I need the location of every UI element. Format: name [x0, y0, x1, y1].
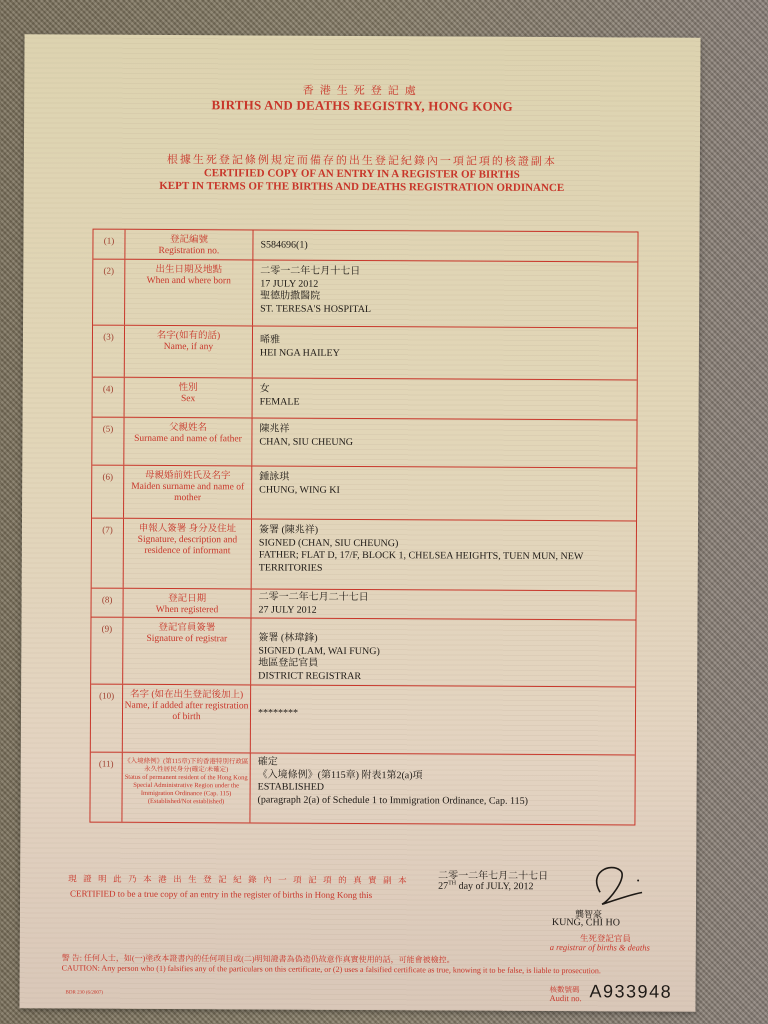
- entry-label-zh: 登記日期: [124, 594, 251, 606]
- mother-name-en: CHUNG, WING KI: [259, 484, 632, 498]
- entry-label-en: Maiden surname and name of mother: [124, 482, 251, 505]
- registrar-role-en: a registrar of births & deaths: [550, 942, 650, 953]
- entry-number: (4): [93, 378, 125, 417]
- entry-number: (6): [92, 466, 124, 518]
- entry-label-zh: 父親姓名: [124, 423, 251, 435]
- informant-address-cont: TERRITORIES: [259, 562, 632, 576]
- entry-label-zh: 申報人簽署 身分及住址: [124, 524, 251, 536]
- entry-label-zh: 登記官員簽署: [123, 623, 250, 635]
- entry-label: 性別 Sex: [125, 378, 253, 418]
- entry-value: 二零一二年七月二十七日 27 JULY 2012: [259, 589, 632, 619]
- entry-label-en: Name, if any: [125, 342, 252, 354]
- entry-row-father: (5) 父親姓名 Surname and name of father 陳兆祥 …: [92, 417, 636, 468]
- certification-date-en: 27TH day of JULY, 2012: [438, 880, 533, 892]
- entry-label: 母親婚前姓氏及名字 Maiden surname and name of mot…: [124, 466, 252, 519]
- entry-label: 出生日期及地點 When and where born: [125, 260, 253, 326]
- entry-label-zh: 出生日期及地點: [125, 265, 252, 277]
- entry-label: 父親姓名 Surname and name of father: [124, 418, 252, 466]
- signature-icon: [580, 862, 660, 907]
- entry-number: (5): [92, 418, 124, 465]
- entry-row-birth-date-place: (2) 出生日期及地點 When and where born 二零一二年七月十…: [93, 259, 637, 328]
- registry-title-en: BIRTHS AND DEATHS REGISTRY, HONG KONG: [24, 96, 700, 116]
- entry-label-en: Status of permanent resident of the Hong…: [123, 774, 250, 807]
- entry-row-added-name: (10) 名字 (如在出生登記後加上) Name, if added after…: [91, 684, 635, 755]
- father-name-en: CHAN, SIU CHEUNG: [259, 436, 632, 450]
- entry-label: 名字(如有的話) Name, if any: [125, 326, 253, 378]
- added-name: ********: [258, 707, 631, 721]
- form-number: BDR 230 (6/2007): [66, 990, 104, 995]
- birth-certificate: 香港生死登記處 BIRTHS AND DEATHS REGISTRY, HONG…: [19, 34, 700, 1012]
- registration-no: S584696(1): [260, 239, 633, 253]
- entry-row-registered-date: (8) 登記日期 When registered 二零一二年七月二十七日 27 …: [92, 588, 636, 620]
- entry-value: 確定 《入境條例》(第115章) 附表1第2(a)項 ESTABLISHED (…: [257, 753, 630, 824]
- entry-number: (1): [93, 230, 125, 259]
- certification-statement-en: CERTIFIED to be a true copy of an entry …: [70, 888, 372, 900]
- entry-row-informant: (7) 申報人簽署 身分及住址 Signature, description a…: [92, 518, 636, 591]
- entry-number: (3): [93, 326, 125, 377]
- entry-label: 名字 (如在出生登記後加上) Name, if added after regi…: [123, 685, 251, 753]
- entry-label-zh: 名字 (如在出生登記後加上): [123, 690, 250, 702]
- entry-label-en: Signature of registrar: [123, 634, 250, 646]
- birth-place-zh: 聖德肋撒醫院: [260, 290, 633, 304]
- entry-value: 陳兆祥 CHAN, SIU CHEUNG: [259, 418, 632, 467]
- entry-row-residency-status: (11) 《入境條例》(第115章)下的香港特別行政區永久性居民身分(確定/未確…: [90, 752, 634, 825]
- entry-label-en: Registration no.: [125, 246, 252, 258]
- caution-en: CAUTION: Any person who (1) falsifies an…: [62, 963, 601, 975]
- entry-value: 二零一二年七月十七日 17 JULY 2012 聖德肋撒醫院 ST. TERES…: [260, 260, 633, 327]
- entry-label-zh: 母親婚前姓氏及名字: [124, 471, 251, 483]
- audit-label-en: Audit no.: [549, 993, 581, 1003]
- entry-row-registration-no: (1) 登記編號 Registration no. S584696(1): [93, 230, 637, 262]
- entry-label-en: Surname and name of father: [124, 434, 251, 446]
- entry-value: 簽署 (林瑋鋒) SIGNED (LAM, WAI FUNG) 地區登記官員 D…: [258, 618, 631, 686]
- entry-label-zh: 名字(如有的話): [125, 331, 252, 343]
- birth-place-en: ST. TERESA'S HOSPITAL: [260, 303, 633, 317]
- child-name-en: HEI NGA HAILEY: [260, 347, 633, 361]
- entry-row-name: (3) 名字(如有的話) Name, if any 晞雅 HEI NGA HAI…: [93, 325, 637, 380]
- entry-label: 登記官員簽署 Signature of registrar: [123, 618, 251, 685]
- entry-value: 鍾詠琪 CHUNG, WING KI: [259, 466, 632, 520]
- signer-name-en: KUNG, CHI HO: [552, 917, 620, 928]
- registered-date-en: 27 JULY 2012: [259, 604, 632, 618]
- entry-row-registrar: (9) 登記官員簽署 Signature of registrar 簽署 (林瑋…: [91, 617, 635, 687]
- certification-statement-zh: 現證明此乃本港出生登記紀錄內一項記項的真實副本: [68, 872, 413, 886]
- entry-row-mother: (6) 母親婚前姓氏及名字 Maiden surname and name of…: [92, 465, 636, 521]
- entry-value: 簽署 (陳兆祥) SIGNED (CHAN, SIU CHEUNG) FATHE…: [259, 519, 632, 590]
- residency-basis-en: (paragraph 2(a) of Schedule 1 to Immigra…: [258, 794, 631, 808]
- entry-label-en: When and where born: [125, 276, 252, 288]
- entry-number: (10): [91, 685, 123, 752]
- entry-label-zh: 登記編號: [125, 235, 252, 247]
- subtitle-en-line2: KEPT IN TERMS OF THE BIRTHS AND DEATHS R…: [24, 179, 700, 195]
- entry-number: (11): [90, 753, 122, 822]
- register-entry-table: (1) 登記編號 Registration no. S584696(1) (2)…: [89, 229, 638, 826]
- entry-label: 登記編號 Registration no.: [125, 230, 253, 260]
- entry-label-en: Signature, description and residence of …: [124, 535, 251, 558]
- entry-number: (7): [92, 519, 124, 588]
- audit-number: A933948: [589, 981, 672, 1002]
- registrar-title-en: DISTRICT REGISTRAR: [258, 670, 631, 684]
- entry-label: 《入境條例》(第115章)下的香港特別行政區永久性居民身分(確定/未確定) St…: [122, 753, 250, 823]
- entry-label-zh: 《入境條例》(第115章)下的香港特別行政區永久性居民身分(確定/未確定): [123, 758, 250, 775]
- entry-label: 登記日期 When registered: [124, 589, 252, 618]
- entry-value: S584696(1): [260, 230, 633, 261]
- entry-number: (8): [92, 589, 124, 617]
- entry-label-en: When registered: [124, 605, 251, 617]
- entry-value: 女 FEMALE: [260, 378, 633, 419]
- entry-label-en: Sex: [125, 394, 252, 406]
- entry-label: 申報人簽署 身分及住址 Signature, description and r…: [124, 519, 252, 589]
- entry-value: 晞雅 HEI NGA HAILEY: [260, 326, 633, 379]
- entry-number: (2): [93, 260, 125, 325]
- entry-value: ********: [258, 685, 631, 754]
- entry-row-sex: (4) 性別 Sex 女 FEMALE: [93, 377, 637, 420]
- entry-number: (9): [91, 618, 123, 684]
- entry-label-zh: 性別: [125, 383, 252, 395]
- birth-date-zh: 二零一二年七月十七日: [260, 265, 633, 279]
- entry-label-en: Name, if added after registration of bir…: [123, 701, 250, 724]
- sex-en: FEMALE: [260, 396, 633, 410]
